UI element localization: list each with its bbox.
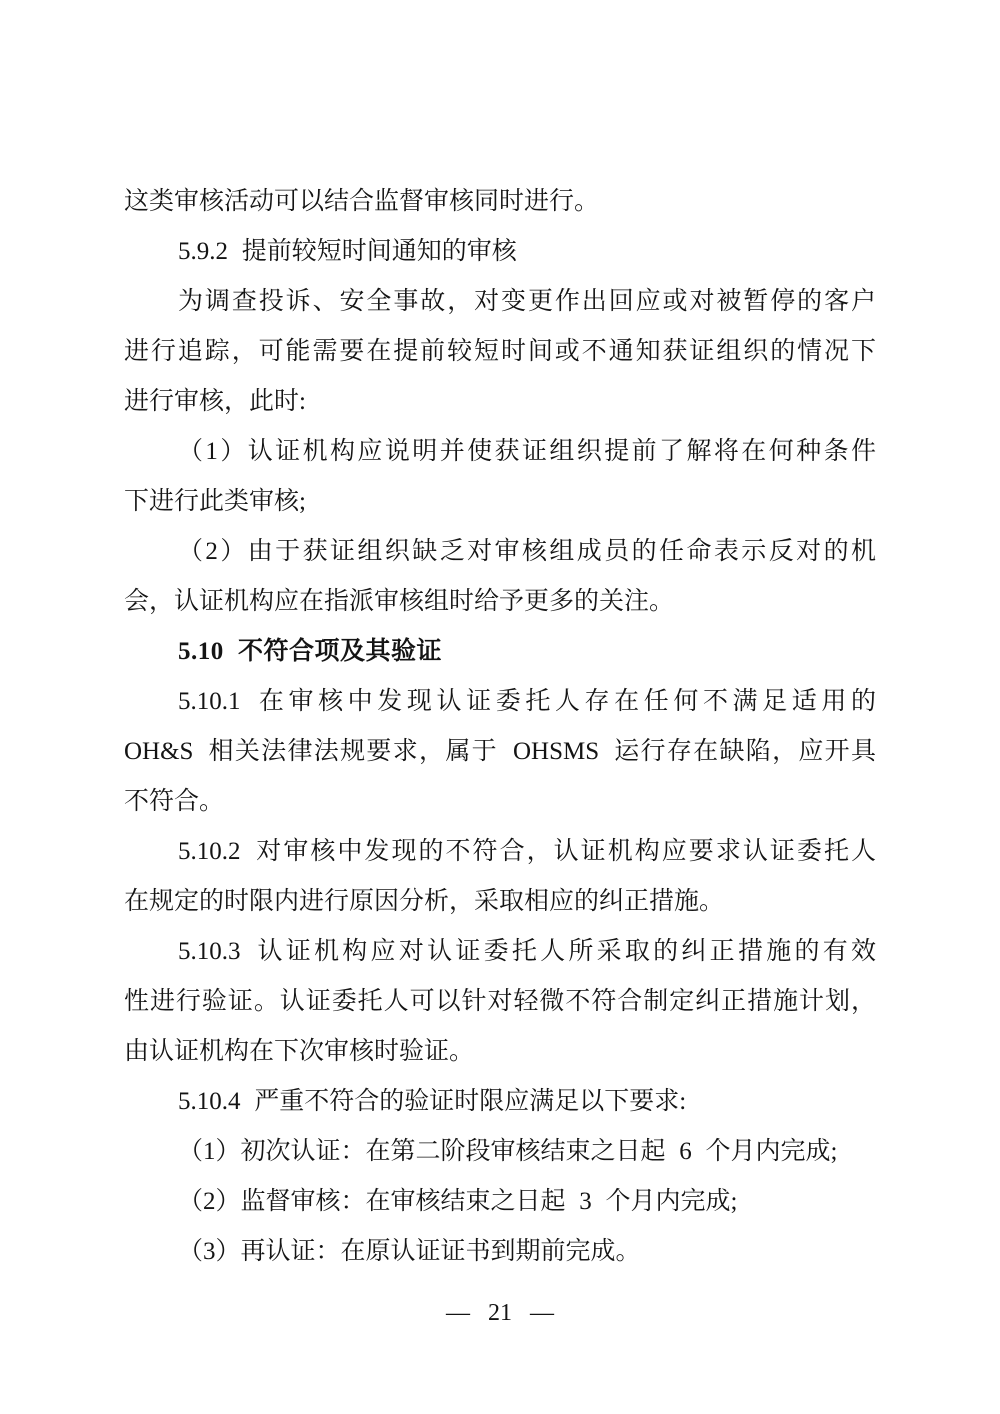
clause-5-10-3: 5.10.3 认证机构应对认证委托人所采取的纠正措施的有效 [124, 927, 876, 977]
clause-5-9-2: 5.9.2 提前较短时间通知的审核 [124, 227, 876, 277]
text-line: 进行审核，此时: [124, 377, 876, 427]
text-line: 会，认证机构应在指派审核组时给予更多的关注。 [124, 577, 876, 627]
text-line: 由认证机构在下次审核时验证。 [124, 1027, 876, 1077]
list-item-1: （1）认证机构应说明并使获证组织提前了解将在何种条件 [124, 427, 876, 477]
text-line: 下进行此类审核; [124, 477, 876, 527]
list-item-1: （1）初次认证：在第二阶段审核结束之日起 6 个月内完成; [124, 1127, 876, 1177]
section-heading-5-10: 5.10 不符合项及其验证 [124, 627, 876, 677]
clause-5-10-2: 5.10.2 对审核中发现的不符合，认证机构应要求认证委托人 [124, 827, 876, 877]
text-line: 这类审核活动可以结合监督审核同时进行。 [124, 177, 876, 227]
text-line: 为调查投诉、安全事故，对变更作出回应或对被暂停的客户 [124, 277, 876, 327]
clause-5-10-1: 5.10.1 在审核中发现认证委托人存在任何不满足适用的 [124, 677, 876, 727]
list-item-2: （2）监督审核：在审核结束之日起 3 个月内完成; [124, 1177, 876, 1227]
document-body: 这类审核活动可以结合监督审核同时进行。 5.9.2 提前较短时间通知的审核 为调… [124, 177, 876, 1277]
list-item-2: （2）由于获证组织缺乏对审核组成员的任命表示反对的机 [124, 527, 876, 577]
document-page: 这类审核活动可以结合监督审核同时进行。 5.9.2 提前较短时间通知的审核 为调… [0, 0, 1000, 1414]
list-item-3: （3）再认证：在原认证证书到期前完成。 [124, 1227, 876, 1277]
page-number: — 21 — [0, 1288, 1000, 1338]
text-line: 在规定的时限内进行原因分析，采取相应的纠正措施。 [124, 877, 876, 927]
text-line: 性进行验证。认证委托人可以针对轻微不符合制定纠正措施计划， [124, 977, 876, 1027]
text-line: OH&S 相关法律法规要求，属于 OHSMS 运行存在缺陷，应开具 [124, 727, 876, 777]
clause-5-10-4: 5.10.4 严重不符合的验证时限应满足以下要求: [124, 1077, 876, 1127]
text-line: 进行追踪，可能需要在提前较短时间或不通知获证组织的情况下 [124, 327, 876, 377]
text-line: 不符合。 [124, 777, 876, 827]
